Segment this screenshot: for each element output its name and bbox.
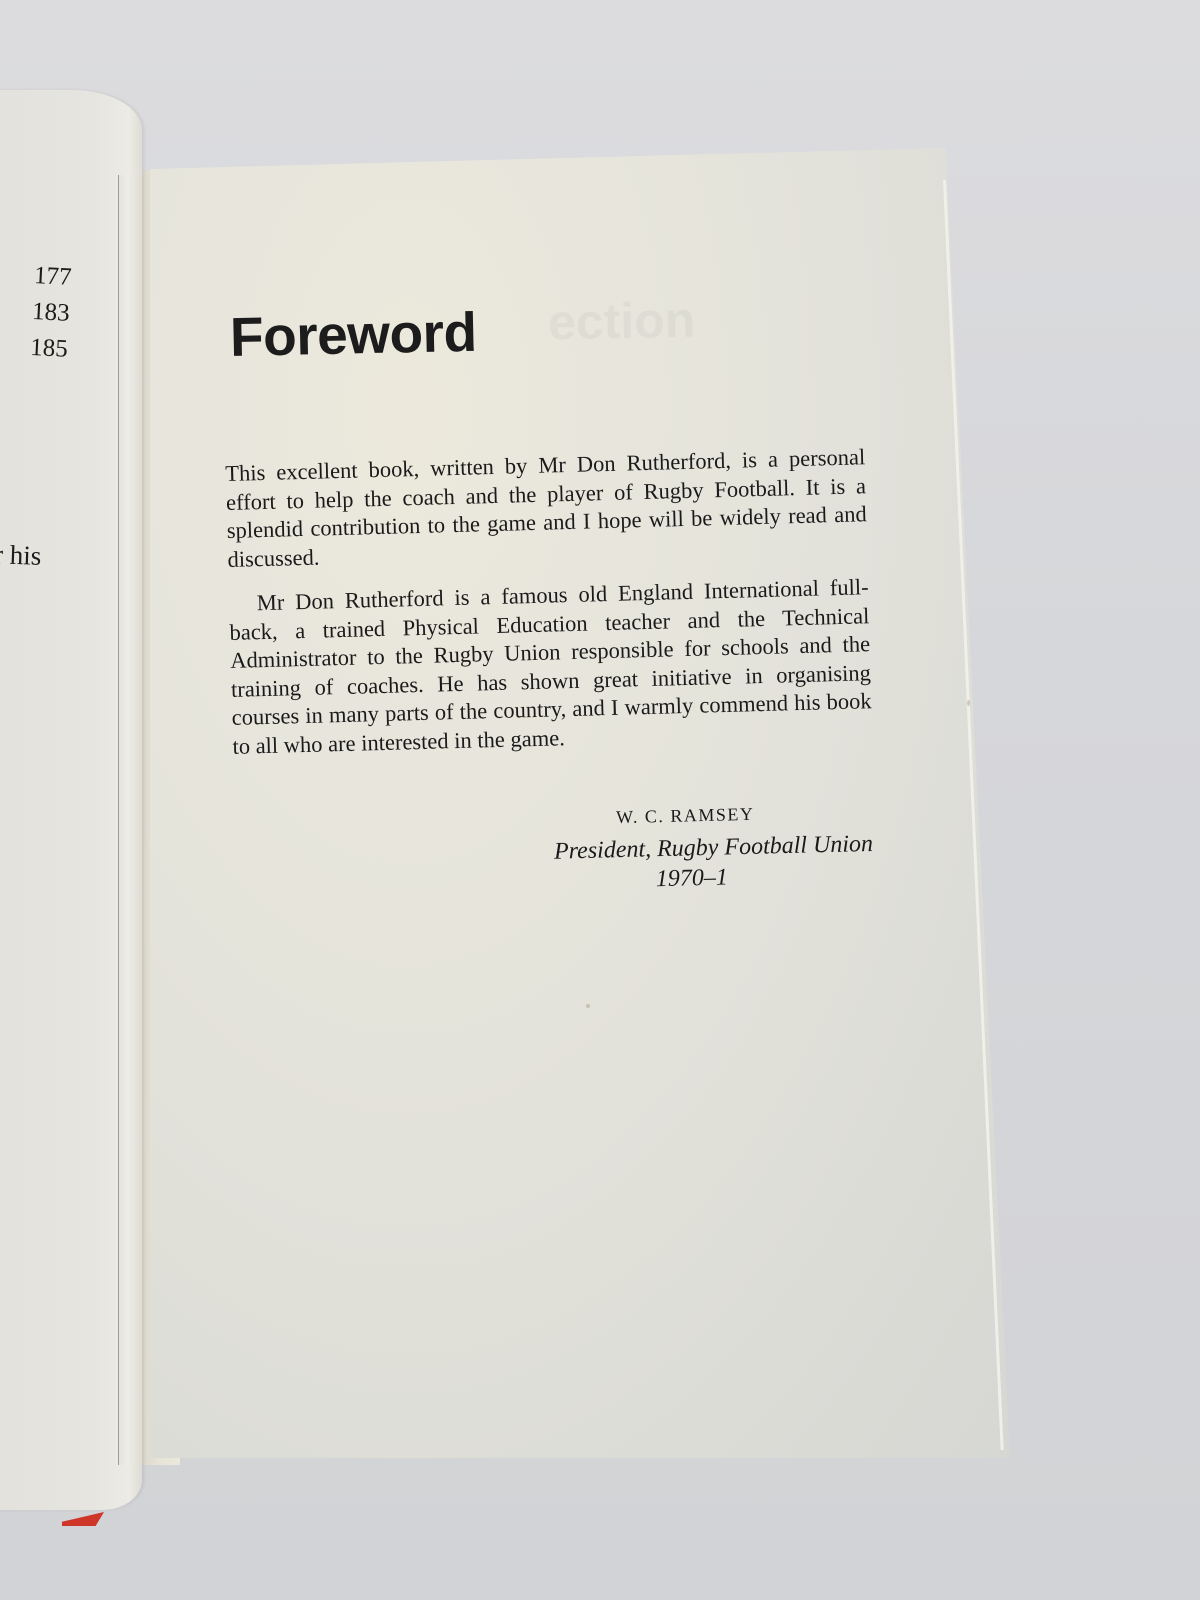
signature-block: W. C. RAMSEY President, Rugby Football U… [500,798,902,898]
paper-blemish [967,700,970,706]
page-title: Foreword [229,300,477,369]
paragraph: This excellent book, written by Mr Don R… [225,443,868,574]
paragraph: Mr Don Rutherford is a famous old Englan… [228,573,872,761]
foreword-body: This excellent book, written by Mr Don R… [225,443,873,761]
toc-page-number: 177 [33,258,72,296]
book-cover-corner-bottom [62,1512,104,1526]
toc-page-number: 185 [29,330,68,368]
paper-blemish [586,1004,590,1008]
previous-page-text-fragment: r his [0,539,42,572]
bleed-through-heading: ection [547,290,695,351]
toc-page-numbers: 177 183 185 [29,258,72,368]
previous-page-edge [118,175,129,1465]
toc-page-number: 183 [31,294,70,332]
